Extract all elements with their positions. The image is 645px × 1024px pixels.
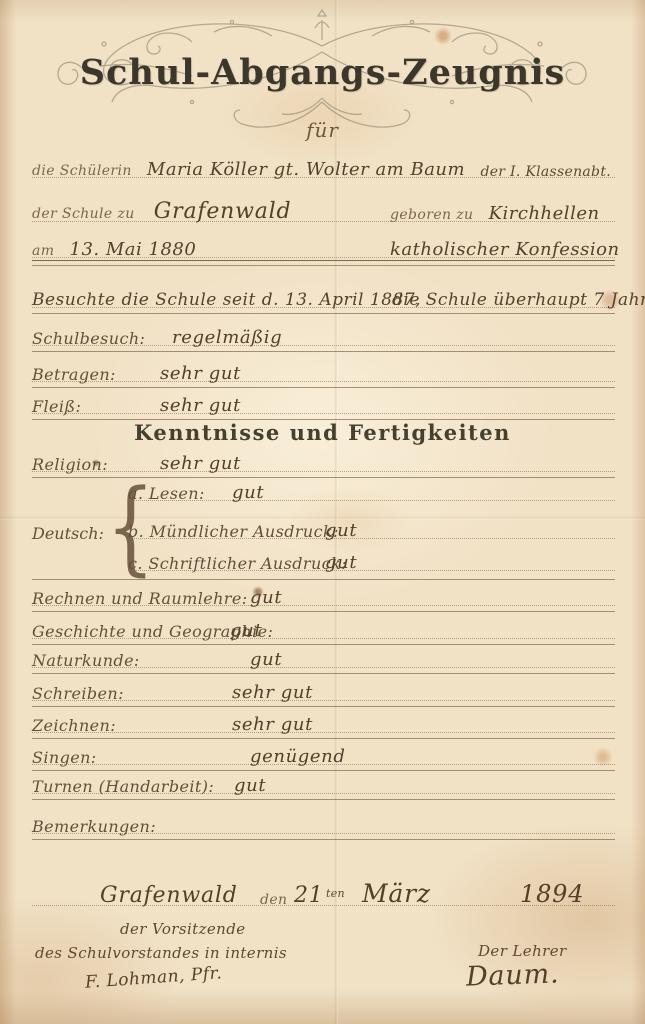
- history-geography-row: Geschichte und Geographie: gut: [32, 615, 615, 645]
- drawing-value: sehr gut: [232, 714, 313, 735]
- birthplace-line: geboren zu Kirchhellen: [390, 203, 600, 224]
- born-label: geboren zu: [390, 207, 473, 223]
- natural-science-row: Naturkunde: gut: [32, 646, 615, 674]
- singing-value: genügend: [250, 746, 345, 767]
- document-title: Schul-Abgangs-Zeugnis: [0, 52, 645, 93]
- rule-line: [32, 799, 615, 800]
- rule-line: [32, 313, 615, 314]
- attendance-value: regelmäßig: [172, 327, 282, 348]
- oral-expression-row: b. Mündlicher Ausdruck: gut: [128, 517, 615, 545]
- birthdate-line: am 13. Mai 1880: [32, 239, 196, 260]
- school-line: der Schule zu Grafenwald: [32, 199, 291, 224]
- written-expression-row: c. Schriftlicher Ausdruck: gut: [128, 549, 615, 577]
- date-row: Grafenwald den 21 ten März 1894: [32, 874, 615, 912]
- birthdate-row: am 13. Mai 1880 katholischer Konfession: [32, 228, 615, 264]
- remarks-label: Bemerkungen:: [32, 817, 156, 836]
- den-word: den: [260, 892, 287, 908]
- reading-row: a. Lesen: gut: [128, 479, 615, 507]
- math-label: Rechnen und Raumlehre:: [32, 589, 248, 608]
- teacher-signature: Daum.: [465, 958, 559, 992]
- religion-value: sehr gut: [160, 453, 241, 474]
- history-geography-value: gut: [230, 620, 262, 641]
- natural-science-value: gut: [250, 649, 282, 670]
- pupil-name-line: die Schülerin Maria Köller gt. Wolter am…: [32, 159, 465, 180]
- rule-line: [32, 413, 615, 414]
- singing-label: Singen:: [32, 748, 97, 767]
- math-row: Rechnen und Raumlehre: gut: [32, 582, 615, 612]
- written-expression-label: c. Schriftlicher Ausdruck:: [128, 554, 347, 573]
- reading-label: a. Lesen:: [128, 484, 205, 503]
- issue-day: 21: [294, 883, 324, 908]
- reading-value: gut: [232, 482, 264, 503]
- written-expression-value: gut: [325, 552, 357, 573]
- rule-line: [32, 644, 615, 645]
- birthdate-label: am: [32, 243, 54, 259]
- chairman-role-line2: des Schulvorstandes in internis: [35, 944, 287, 962]
- issue-month: März: [362, 879, 431, 908]
- rule-line: [32, 738, 615, 739]
- math-value: gut: [250, 587, 282, 608]
- writing-row: Schreiben: sehr gut: [32, 677, 615, 707]
- school-value: Grafenwald: [154, 199, 292, 224]
- chairman-signature: F. Lohman, Pfr.: [84, 963, 222, 993]
- gymnastics-row: Turnen (Handarbeit): gut: [32, 772, 615, 800]
- diligence-row: Fleiß: sehr gut: [32, 388, 615, 420]
- diligence-value: sehr gut: [160, 395, 241, 416]
- attendance-total-value: die Schule überhaupt 7 Jahre: [392, 290, 645, 310]
- rule-line: [32, 579, 615, 580]
- chairman-role-line1: der Vorsitzende: [120, 920, 246, 938]
- attendance-label: Schulbesuch:: [32, 329, 145, 348]
- rule-line: [32, 351, 615, 352]
- section-heading: Kenntnisse und Fertigkeiten: [0, 420, 645, 445]
- rule-line: [32, 770, 615, 771]
- conduct-value: sehr gut: [160, 363, 241, 384]
- oral-expression-value: gut: [325, 520, 357, 541]
- confession-value: katholischer Konfession: [390, 239, 620, 260]
- rule-line: [32, 673, 615, 674]
- day-suffix: ten: [326, 887, 345, 900]
- issue-year: 1894: [520, 880, 584, 908]
- singing-row: Singen: genügend: [32, 742, 615, 771]
- diligence-label: Fleiß:: [32, 397, 81, 416]
- class-section-value: der I. Klassenabt.: [480, 164, 611, 180]
- birthdate-value: 13. Mai 1880: [70, 239, 197, 260]
- writing-value: sehr gut: [232, 682, 313, 703]
- school-label: der Schule zu: [32, 206, 135, 222]
- pupil-name-value: Maria Köller gt. Wolter am Baum: [147, 159, 465, 180]
- natural-science-label: Naturkunde:: [32, 651, 140, 670]
- teacher-role: Der Lehrer: [478, 942, 567, 960]
- for-word: für: [0, 118, 645, 142]
- rule-line: [32, 706, 615, 707]
- drawing-label: Zeichnen:: [32, 716, 116, 735]
- gymnastics-value: gut: [234, 775, 266, 796]
- birthplace-value: Kirchhellen: [489, 203, 600, 224]
- certificate-page: Schul-Abgangs-Zeugnis für die Schülerin …: [0, 0, 645, 1024]
- rule-line: [32, 381, 615, 382]
- oral-expression-label: b. Mündlicher Ausdruck:: [128, 522, 339, 541]
- rule-line: [32, 839, 615, 840]
- pupil-name-row: die Schülerin Maria Köller gt. Wolter am…: [32, 148, 615, 184]
- deutsch-group-underline: [32, 578, 615, 580]
- writing-label: Schreiben:: [32, 684, 124, 703]
- pupil-label: die Schülerin: [32, 163, 132, 179]
- drawing-row: Zeichnen: sehr gut: [32, 709, 615, 739]
- separator-rule: [32, 260, 615, 266]
- deutsch-label: Deutsch:: [32, 524, 104, 543]
- remarks-row: Bemerkungen:: [32, 806, 615, 840]
- rule-line: [32, 732, 615, 733]
- gymnastics-label: Turnen (Handarbeit):: [32, 777, 214, 796]
- attendance-row: Schulbesuch: regelmäßig: [32, 320, 615, 352]
- issue-place: Grafenwald: [100, 883, 238, 908]
- attendance-since-row: Besuchte die Schule seit d. 13. April 18…: [32, 282, 615, 314]
- school-row: der Schule zu Grafenwald geboren zu Kirc…: [32, 188, 615, 228]
- rule-line: [32, 611, 615, 612]
- religion-label: Religion:: [32, 455, 108, 474]
- conduct-row: Betragen: sehr gut: [32, 356, 615, 388]
- conduct-label: Betragen:: [32, 365, 116, 384]
- attendance-since-value: Besuchte die Schule seit d. 13. April 18…: [32, 290, 421, 310]
